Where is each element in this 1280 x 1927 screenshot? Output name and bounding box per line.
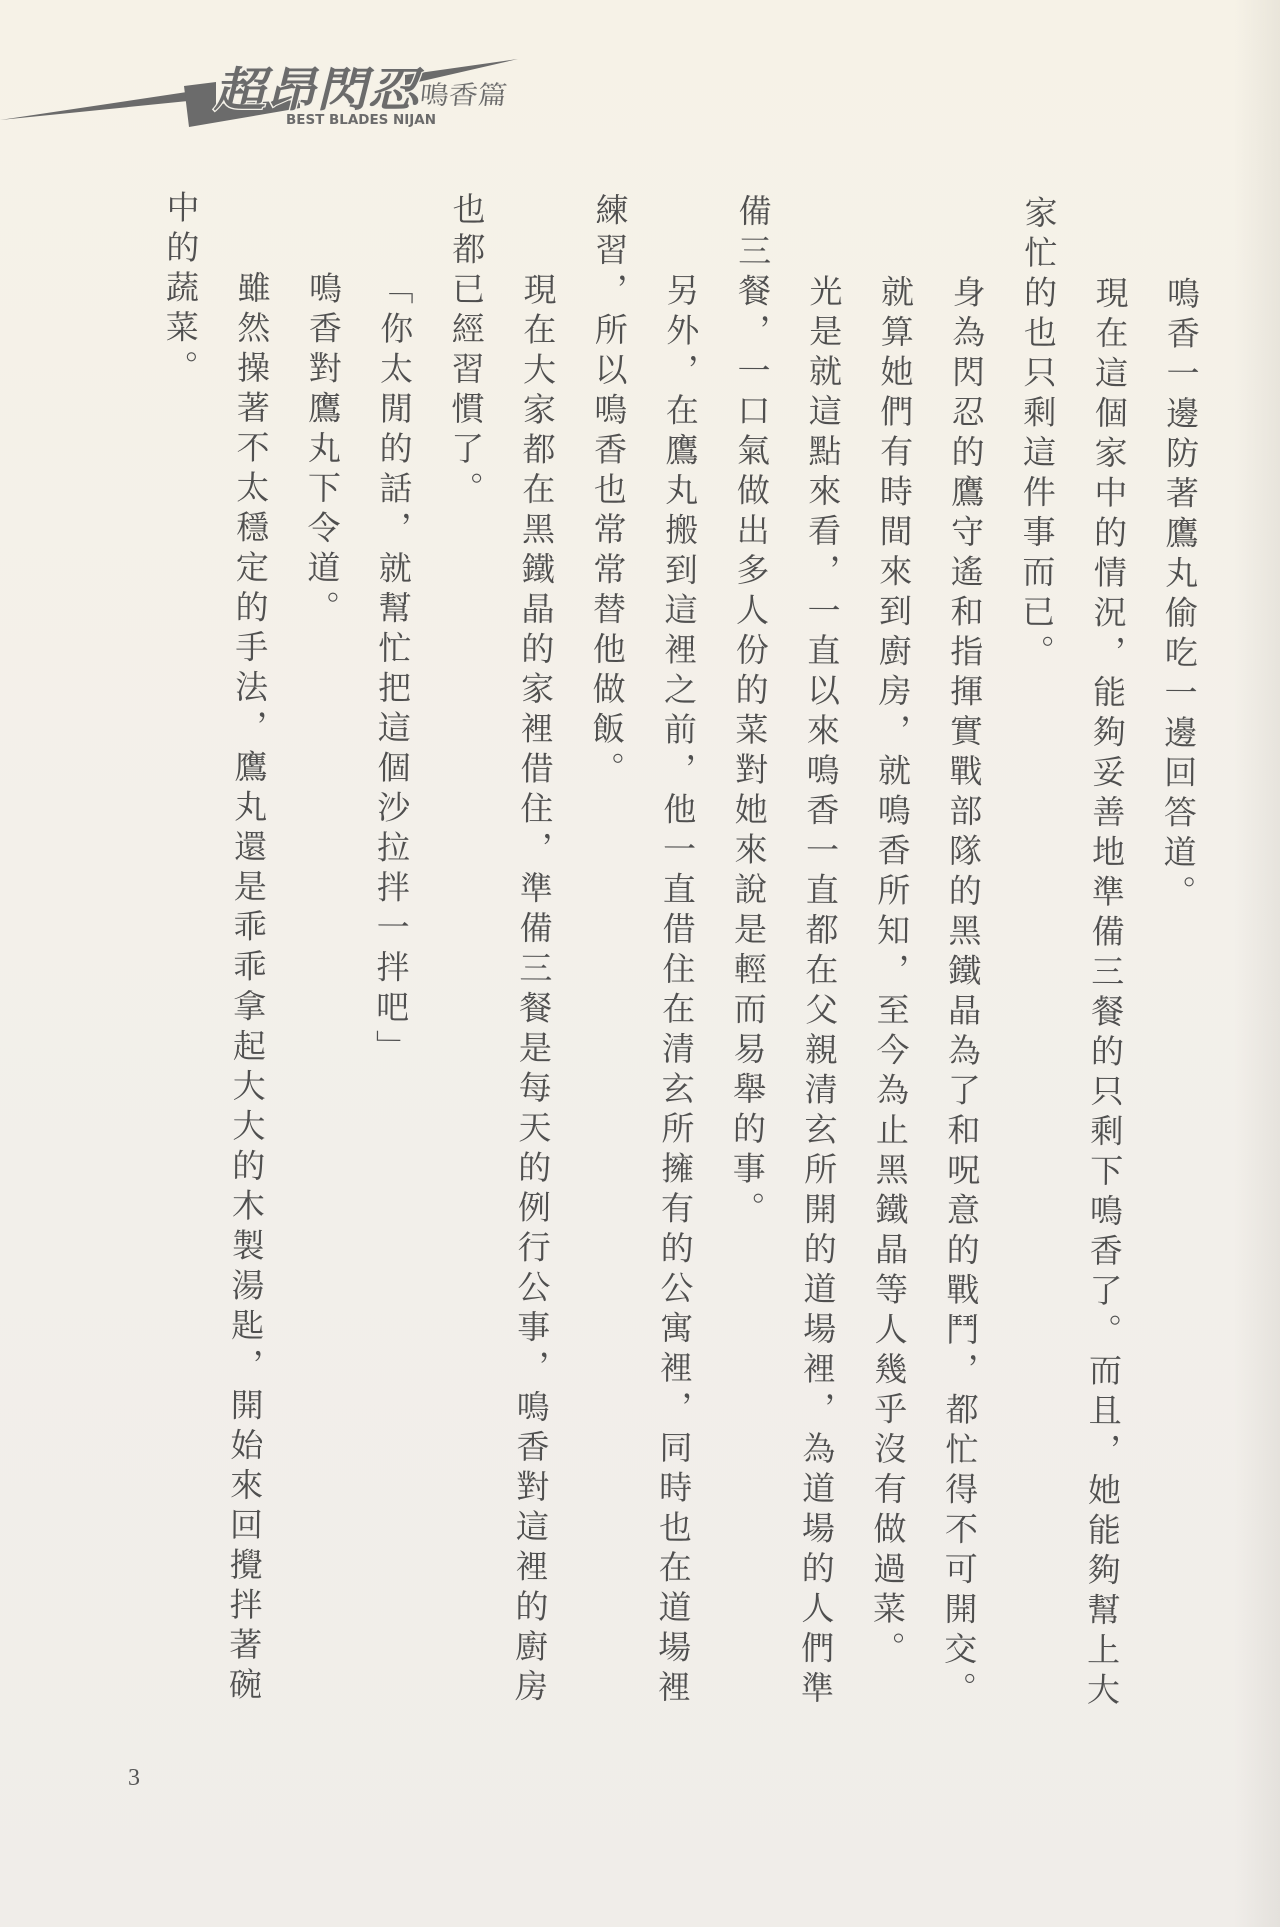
text-column: 光是就這點來看，一直以來鳴香一直都在父親清玄所開的道場裡，為道場的人們準 [795, 194, 844, 1714]
text-column: 現在大家都在黑鐵晶的家裡借住，準備三餐是每天的例行公事，鳴香對這裡的廚房 [509, 192, 558, 1712]
text-column: 身為閃忍的鷹守遙和指揮實戰部隊的黑鐵晶為了和呪意的戰鬥，都忙得不可開交。 [938, 195, 987, 1715]
text-column: 練習，所以鳴香也常常替他做飯。 [580, 193, 629, 1713]
page-number: 3 [128, 1766, 140, 1790]
text-column: 雖然操著不太穩定的手法，鷹丸還是乖乖拿起大大的木製湯匙，開始來回攪拌著碗 [223, 190, 272, 1710]
text-column: 鳴香對鷹丸下令道。 [294, 191, 343, 1711]
text-column: 中的蔬菜。 [151, 190, 200, 1710]
text-column: 現在這個家中的情況，能夠妥善地準備三餐的只剩下鳴香了。而且，她能夠幫上大 [1081, 196, 1130, 1716]
text-column: 另外，在鷹丸搬到這裡之前，他一直借住在清玄所擁有的公寓裡，同時也在道場裡 [652, 193, 701, 1713]
body-text: 鳴香一邊防著鷹丸偷吃一邊回答道。 現在這個家中的情況，能夠妥善地準備三餐的只剩下… [0, 0, 1280, 1927]
text-column: 就算她們有時間來到廚房，就鳴香所知，至今為止黑鐵晶等人幾乎沒有做過菜。 [866, 194, 915, 1714]
text-column: 家忙的也只剩這件事而已。 [1009, 195, 1058, 1715]
text-column: 也都已經習慣了。 [437, 192, 486, 1712]
text-column: 備三餐，一口氣做出多人份的菜對她來說是輕而易舉的事。 [723, 193, 772, 1713]
dialogue-column: 「你太閒的話，就幫忙把這個沙拉拌一拌吧」 [366, 191, 415, 1711]
text-column: 鳴香一邊防著鷹丸偷吃一邊回答道。 [1152, 196, 1201, 1716]
